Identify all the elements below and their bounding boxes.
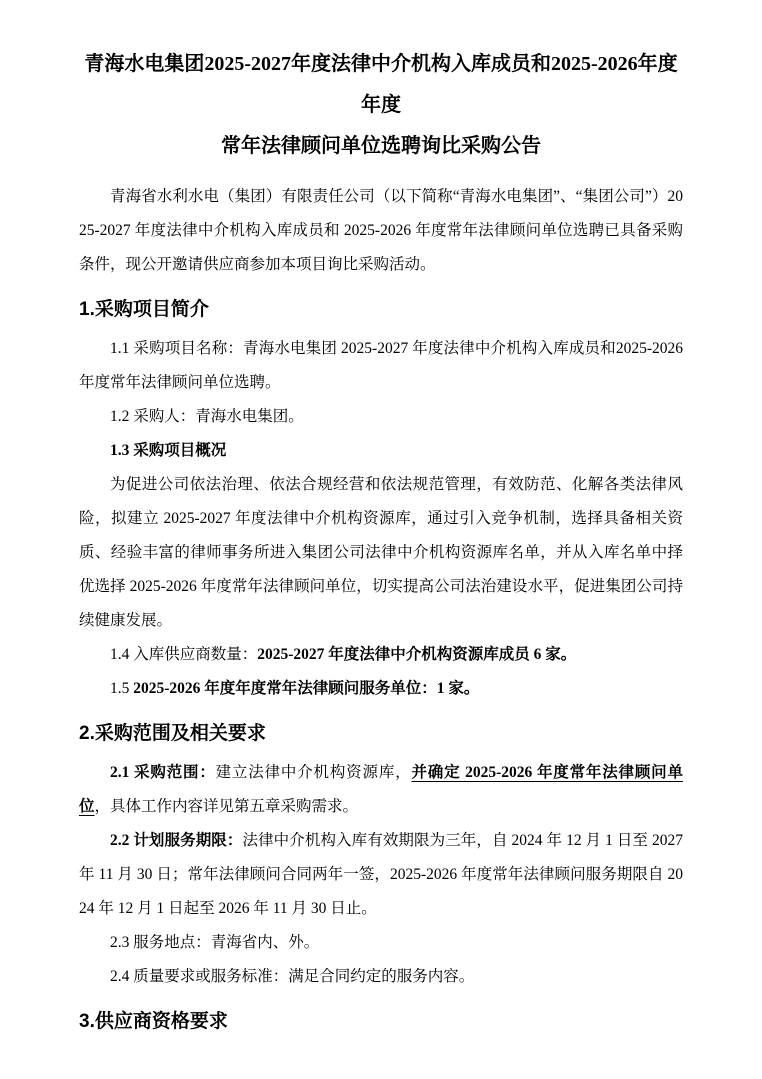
item-1-2: 1.2 采购人：青海水电集团。	[79, 400, 683, 434]
document-title: 青海水电集团2025-2027年度法律中介机构入库成员和2025-2026年度年…	[79, 44, 683, 167]
item-1-1: 1.1 采购项目名称：青海水电集团 2025-2027 年度法律中介机构入库成员…	[79, 332, 683, 400]
item-2-1-text2: ，具体工作内容详见第五章采购需求。	[95, 798, 359, 815]
item-2-4: 2.4 质量要求或服务标准：满足合同约定的服务内容。	[79, 960, 683, 994]
project-overview-paragraph: 为促进公司依法治理、依法合规经营和依法规范管理，有效防范、化解各类法律风险，拟建…	[79, 468, 683, 638]
intro-paragraph: 青海省水利水电（集团）有限责任公司（以下简称“青海水电集团”、“集团公司”）20…	[79, 180, 683, 282]
item-2-2-label: 2.2 计划服务期限：	[110, 832, 243, 849]
document-title-line2: 常年法律顾问单位选聘询比采购公告	[79, 126, 683, 167]
item-2-3: 2.3 服务地点：青海省内、外。	[79, 926, 683, 960]
document-page: 青海水电集团2025-2027年度法律中介机构入库成员和2025-2026年度年…	[0, 0, 762, 1079]
item-2-1-label: 2.1 采购范围：	[110, 764, 216, 781]
item-1-5: 1.5 2025-2026 年度年度常年法律顾问服务单位：1 家。	[79, 672, 683, 706]
section-1-heading: 1.采购项目简介	[79, 297, 683, 323]
item-1-5-value: 2025-2026 年度年度常年法律顾问服务单位：1 家。	[133, 680, 479, 697]
item-2-1: 2.1 采购范围：建立法律中介机构资源库，并确定 2025-2026 年度常年法…	[79, 756, 683, 824]
item-2-2: 2.2 计划服务期限：法律中介机构入库有效期限为三年，自 2024 年 12 月…	[79, 824, 683, 926]
item-1-5-label: 1.5	[110, 680, 133, 697]
section-3-heading: 3.供应商资格要求	[79, 1009, 683, 1035]
item-1-4: 1.4 入库供应商数量：2025-2027 年度法律中介机构资源库成员 6 家。	[79, 638, 683, 672]
section-2-heading: 2.采购范围及相关要求	[79, 721, 683, 747]
item-1-3-heading: 1.3 采购项目概况	[79, 434, 683, 468]
item-1-4-value: 2025-2027 年度法律中介机构资源库成员 6 家。	[257, 646, 576, 663]
item-2-1-text1: 建立法律中介机构资源库，	[216, 764, 412, 781]
document-title-line1: 青海水电集团2025-2027年度法律中介机构入库成员和2025-2026年度年…	[79, 44, 683, 126]
item-1-4-label: 1.4 入库供应商数量：	[110, 646, 257, 663]
